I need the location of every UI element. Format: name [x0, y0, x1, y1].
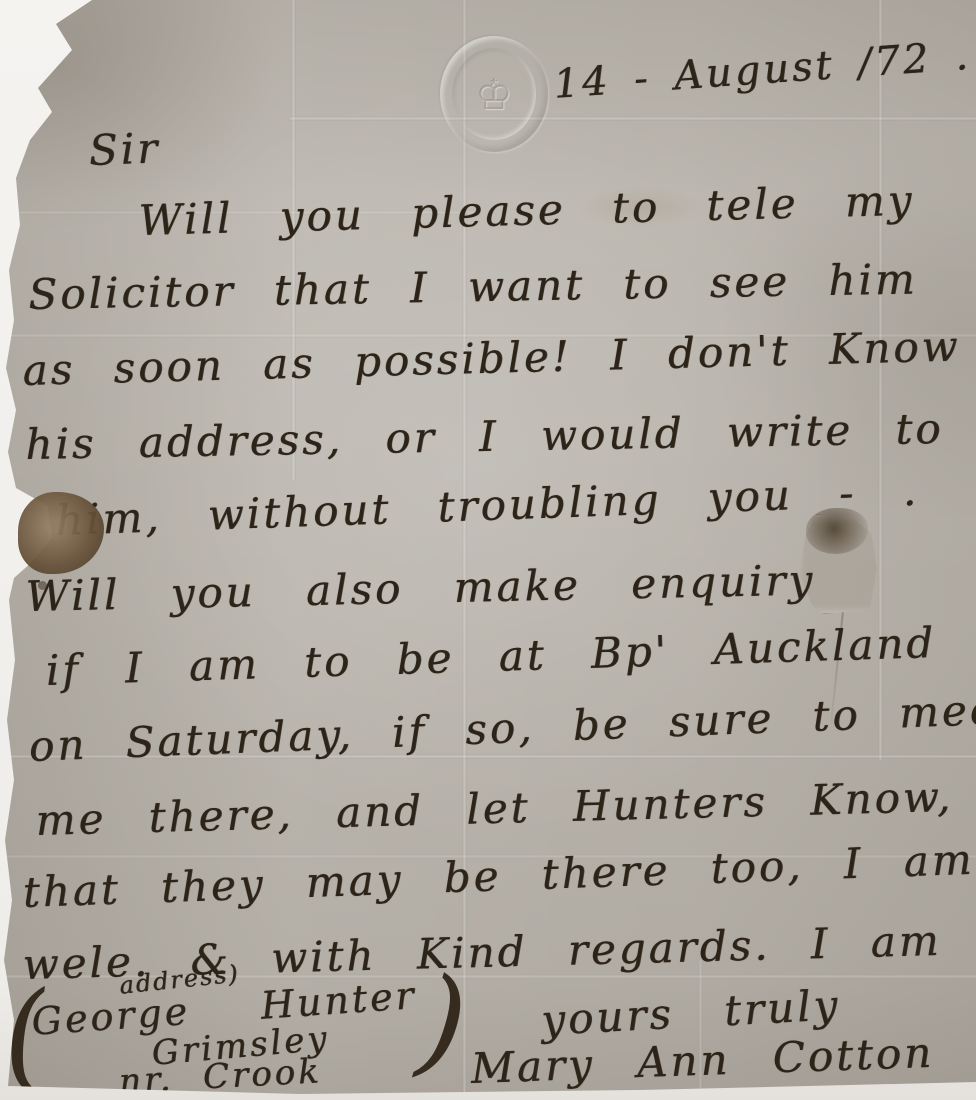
photo-background: ♔ 14 - August /72 . Sir Will you please … [0, 0, 976, 1100]
crown-icon: ♔ [440, 36, 548, 152]
fold-crease [290, 116, 976, 121]
letter-paper: ♔ 14 - August /72 . Sir Will you please … [0, 0, 976, 1100]
salutation: Sir [88, 124, 161, 175]
embossed-seal-icon: ♔ [440, 36, 548, 152]
